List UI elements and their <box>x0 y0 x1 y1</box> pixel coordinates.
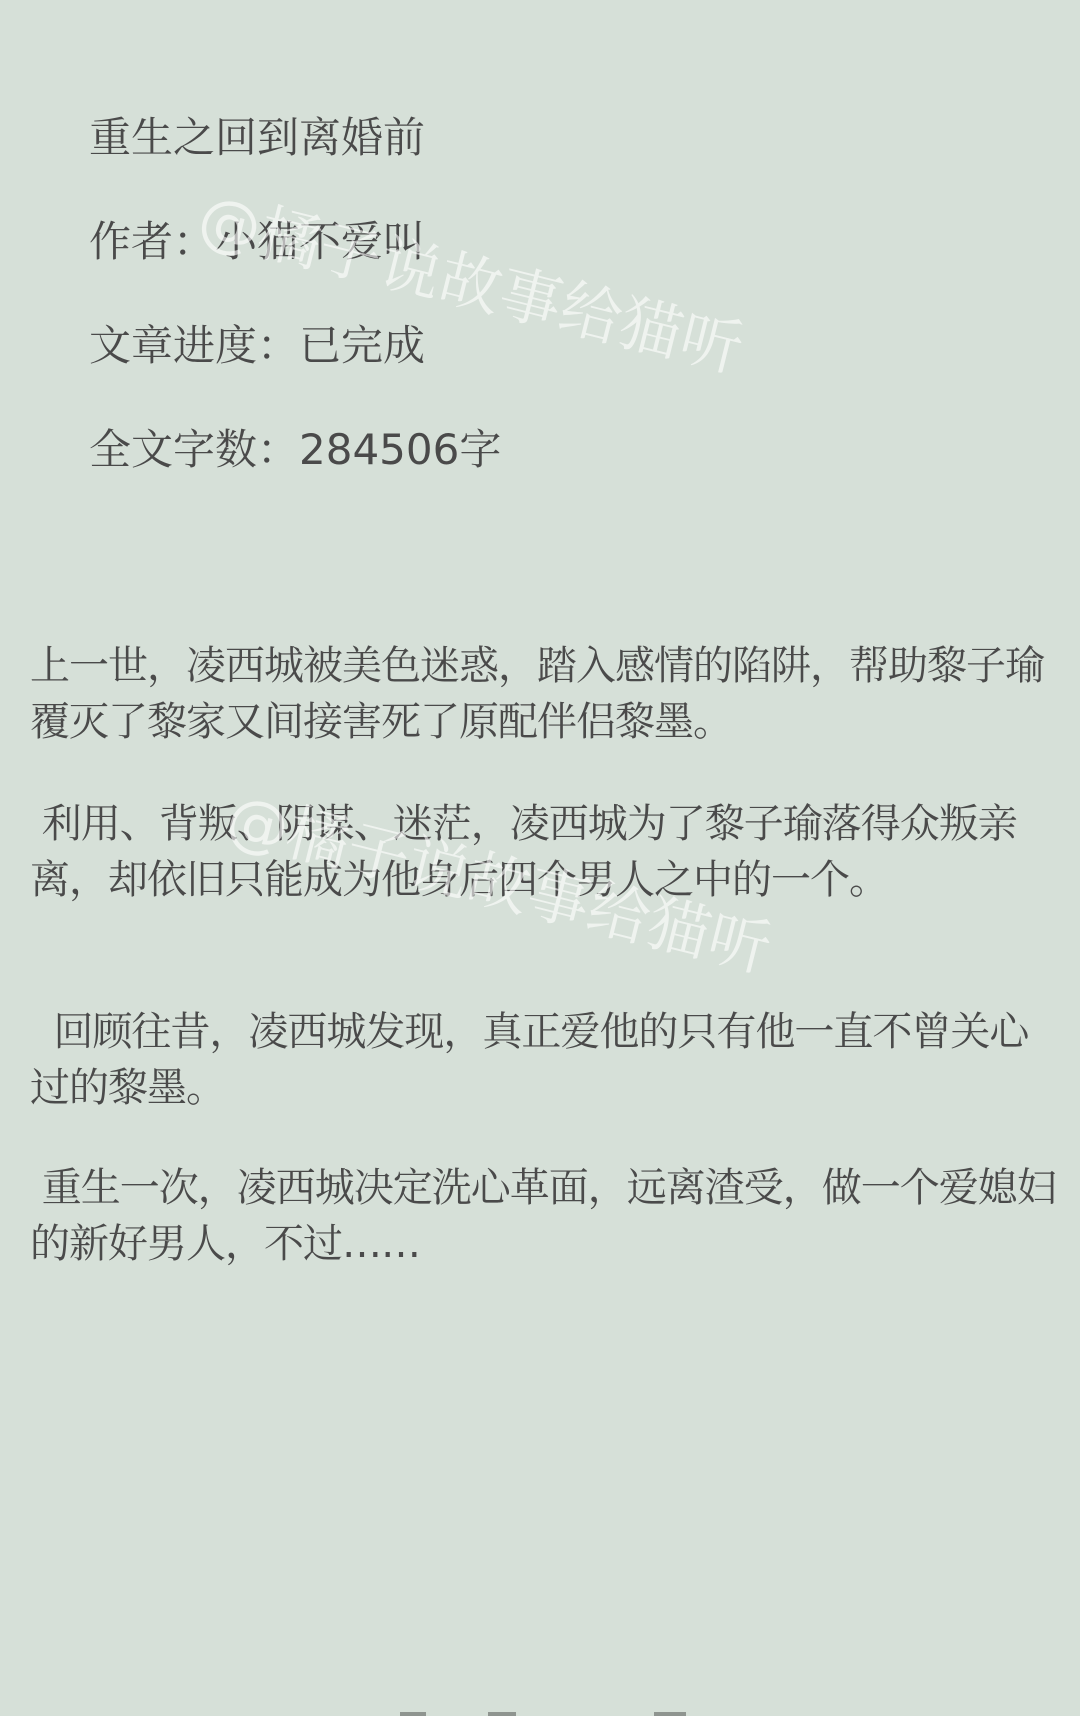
synopsis-paragraph-4: 重生一次，凌西城决定洗心革面，远离渣受，做一个爱媳妇的新好男人，不过…… <box>30 1160 1060 1272</box>
book-title: 重生之回到离婚前 <box>89 112 425 164</box>
synopsis-paragraph-2: 利用、背叛、阴谋、迷茫，凌西城为了黎子瑜落得众叛亲离，却依旧只能成为他身后四个男… <box>30 796 1060 908</box>
bottom-edge-mark <box>488 1712 516 1716</box>
wordcount-line: 全文字数：284506字 <box>89 424 501 476</box>
bottom-edge-mark <box>400 1712 426 1716</box>
author-line: 作者：小猫不爱叫 <box>89 216 425 268</box>
synopsis-paragraph-1: 上一世，凌西城被美色迷惑，踏入感情的陷阱，帮助黎子瑜覆灭了黎家又间接害死了原配伴… <box>30 638 1060 750</box>
bottom-edge-mark <box>654 1712 686 1716</box>
progress-line: 文章进度：已完成 <box>89 320 425 372</box>
synopsis-paragraph-3: 回顾往昔，凌西城发现，真正爱他的只有他一直不曾关心过的黎墨。 <box>30 1004 1060 1116</box>
